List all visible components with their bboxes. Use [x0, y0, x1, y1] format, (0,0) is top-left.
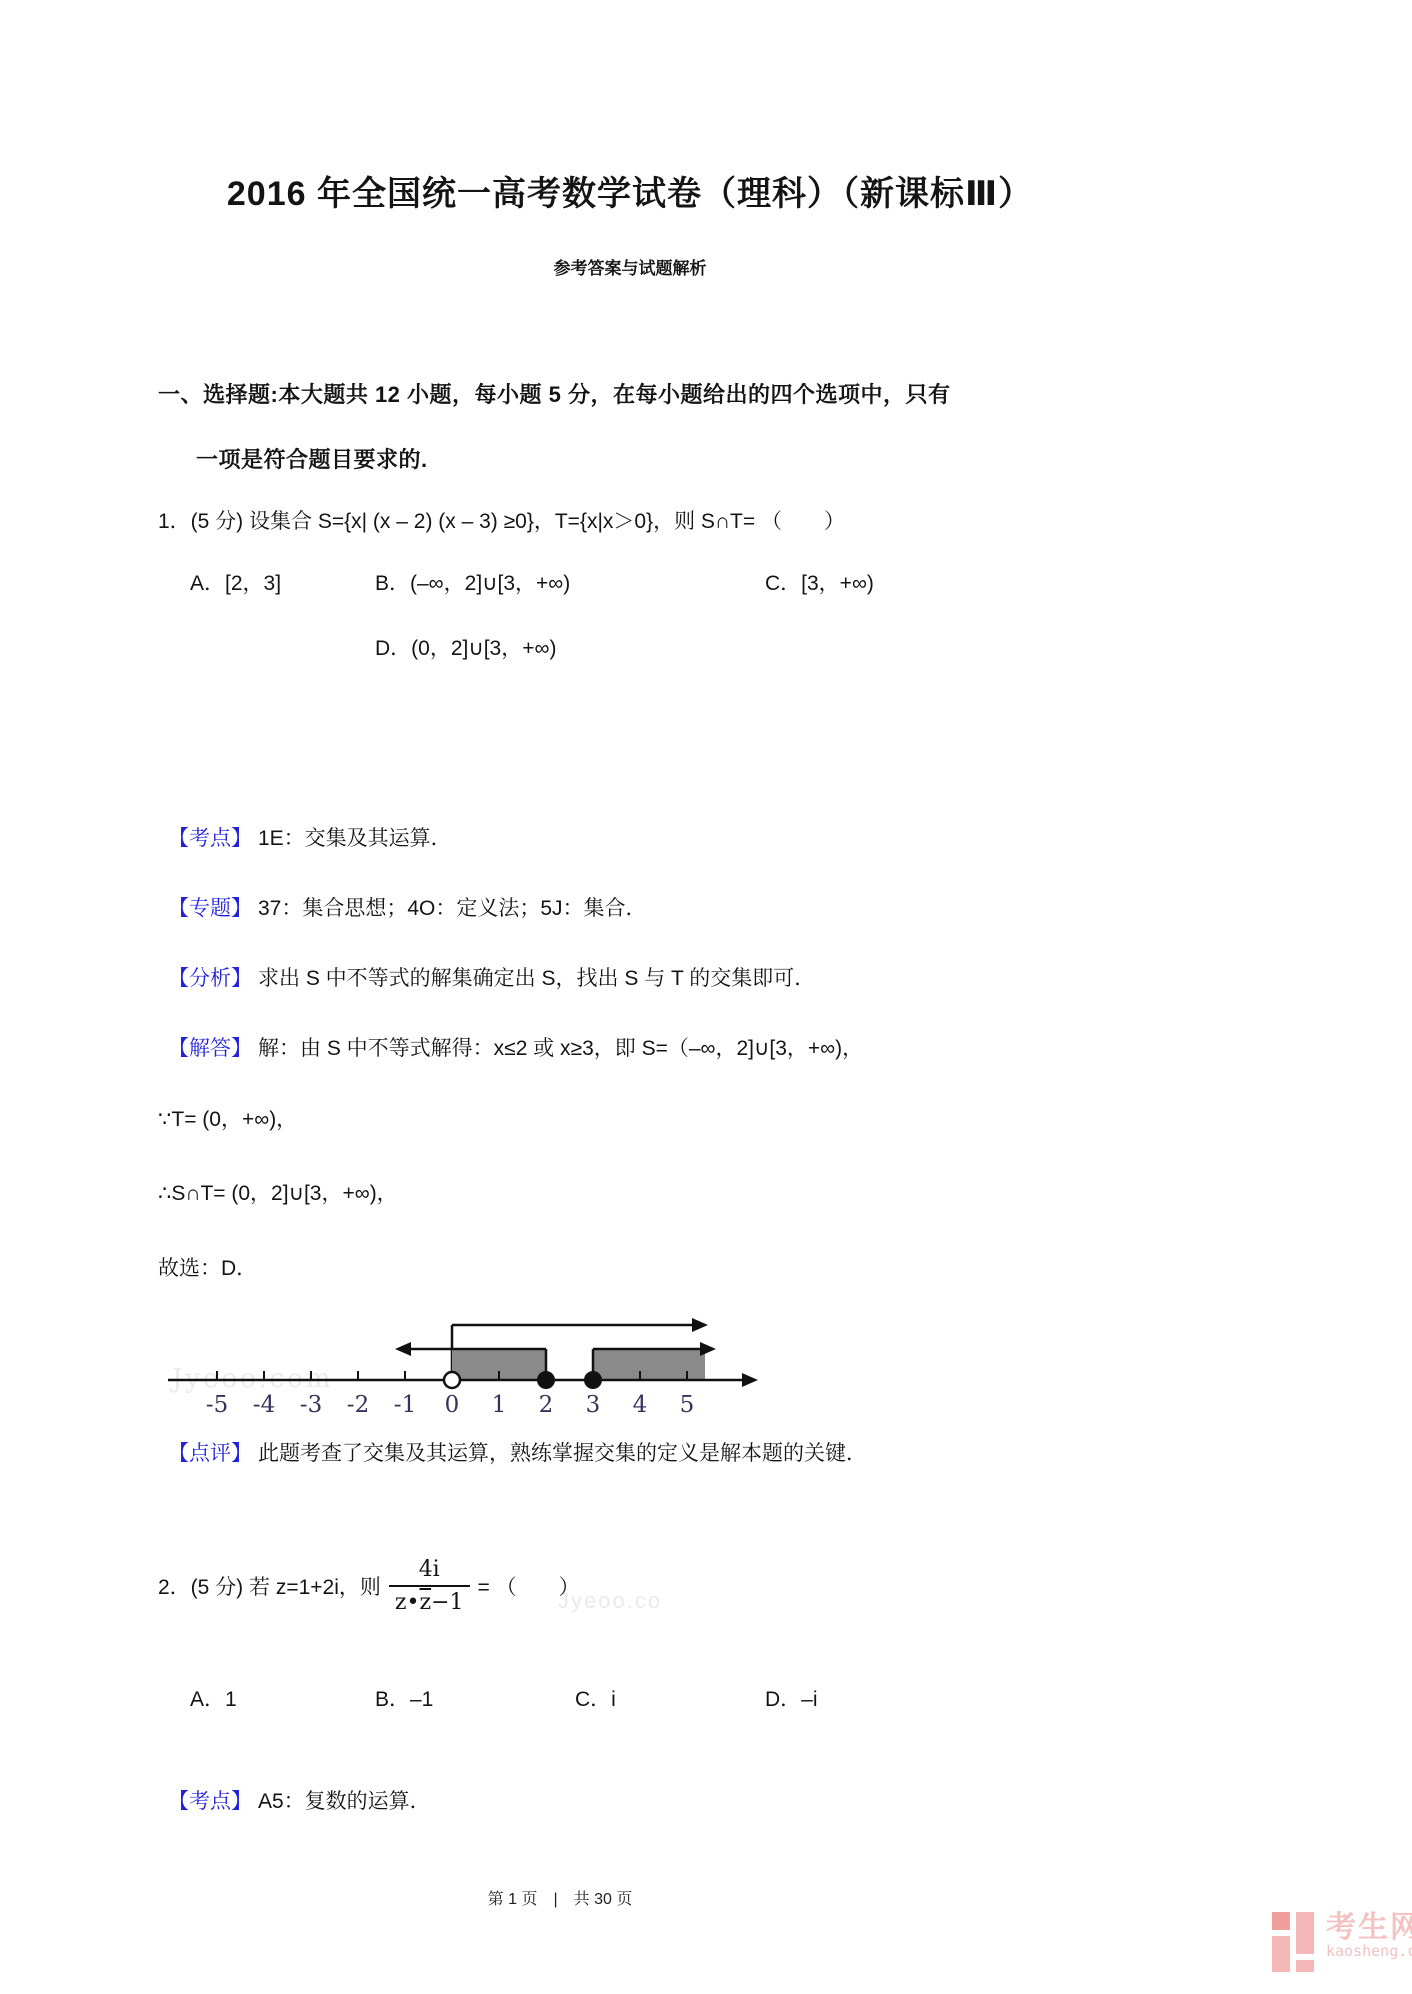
question2-stem: 2．(5 分) 若 z=1+2i，则 4i z•z−1 = （ ）	[158, 1538, 580, 1633]
closed-point-2	[537, 1371, 555, 1389]
question1-step-t: ∵T= (0，+∞)，	[158, 1103, 297, 1133]
question2-option-d: D．–i	[765, 1683, 818, 1713]
question2-option-a: A．1	[190, 1683, 237, 1713]
kaodian-label: 【考点】	[168, 827, 252, 850]
shaded-region-3-inf	[593, 1349, 705, 1380]
question1-zhuanti-line: 【专题】37：集合思想；4O：定义法；5J：集合．	[168, 892, 647, 922]
fenxi-label: 【分析】	[168, 967, 252, 990]
page-subtitle: 参考答案与试题解析	[150, 254, 1110, 279]
question1-step-st: ∴S∩T= (0，2]∪[3，+∞)，	[158, 1177, 398, 1207]
svg-text:0: 0	[445, 1392, 460, 1418]
brand-name: 考生网	[1326, 1912, 1412, 1944]
brand-domain: kaosheng.com	[1326, 1944, 1412, 1960]
question2-stem-suffix: = （ ）	[478, 1571, 580, 1601]
zhuanti-label: 【专题】	[168, 897, 252, 920]
exam-document-page: 2016 年全国统一高考数学试卷（理科）（新课标Ⅲ） 参考答案与试题解析 一、选…	[0, 0, 1412, 1994]
closed-point-3	[584, 1371, 602, 1389]
svg-text:5: 5	[680, 1392, 695, 1418]
t-region-right-arrow-icon	[692, 1318, 708, 1332]
svg-text:-3: -3	[300, 1392, 322, 1418]
jieda-label: 【解答】	[168, 1037, 252, 1060]
footer-total-pages: 共 30 页	[574, 1891, 633, 1908]
question2-stem-prefix: 2．(5 分) 若 z=1+2i，则	[158, 1571, 381, 1601]
question2-fraction: 4i z•z−1	[389, 1557, 470, 1615]
svg-text:-1: -1	[394, 1392, 416, 1418]
question1-option-b: B．(–∞，2]∪[3，+∞)	[375, 567, 570, 597]
s-region-right-arrow-icon	[700, 1342, 716, 1356]
question1-conclusion: 故选：D．	[158, 1252, 257, 1282]
svg-text:4: 4	[633, 1392, 648, 1418]
brand-text: 考生网 kaosheng.com	[1326, 1912, 1412, 1959]
question2-kaodian-line: 【考点】A5：复数的运算．	[168, 1785, 431, 1815]
dianping-label: 【点评】	[168, 1442, 252, 1465]
svg-text:2: 2	[539, 1392, 554, 1418]
kaodian-label-q2: 【考点】	[168, 1790, 252, 1813]
page-footer: 第 1 页|共 30 页	[0, 1886, 1120, 1909]
axis-arrow-icon	[742, 1373, 758, 1387]
z-conjugate: z	[419, 1590, 431, 1615]
fraction-numerator: 4i	[405, 1557, 454, 1585]
open-point-0	[444, 1372, 460, 1388]
question2-option-c: C．i	[575, 1683, 616, 1713]
jieda-text: 解：由 S 中不等式解得：x≤2 或 x≥3，即 S=（–∞，2]∪[3，+∞)…	[258, 1037, 863, 1060]
question1-option-a: A．[2，3]	[190, 567, 281, 597]
section-heading-line2: 一项是符合题目要求的.	[196, 443, 428, 474]
question1-jieda-line: 【解答】解：由 S 中不等式解得：x≤2 或 x≥3，即 S=（–∞，2]∪[3…	[168, 1032, 863, 1062]
question1-dianping-line: 【点评】此题考查了交集及其运算，熟练掌握交集的定义是解本题的关键．	[168, 1437, 867, 1467]
footer-separator: |	[553, 1891, 557, 1908]
question1-stem: 1．(5 分) 设集合 S={x| (x – 2) (x – 3) ≥0}，T=…	[158, 505, 845, 535]
question1-option-d: D．(0，2]∪[3，+∞)	[375, 632, 556, 662]
svg-text:1: 1	[492, 1392, 507, 1418]
number-line-figure: Jyeoo.com	[150, 1285, 790, 1430]
svg-text:-2: -2	[347, 1392, 369, 1418]
kaosheng-logo-icon	[1272, 1912, 1318, 1972]
question1-kaodian-line: 【考点】1E：交集及其运算．	[168, 822, 452, 852]
fenxi-text: 求出 S 中不等式的解集确定出 S，找出 S 与 T 的交集即可．	[258, 967, 815, 990]
dianping-text: 此题考查了交集及其运算，熟练掌握交集的定义是解本题的关键．	[258, 1442, 867, 1465]
footer-page-number: 第 1 页	[488, 1891, 538, 1908]
question1-option-c: C．[3，+∞)	[765, 567, 874, 597]
zhuanti-text: 37：集合思想；4O：定义法；5J：集合．	[258, 897, 647, 920]
section-heading-line1: 一、选择题:本大题共 12 小题，每小题 5 分，在每小题给出的四个选项中，只有	[158, 378, 950, 409]
s-region-left-arrow-icon	[395, 1342, 411, 1356]
kaosheng-brand-logo: 考生网 kaosheng.com	[1272, 1912, 1412, 1972]
tick-labels: -5 -4 -3 -2 -1 0 1 2 3 4 5	[206, 1392, 695, 1418]
fraction-denominator: z•z−1	[389, 1585, 470, 1615]
svg-text:3: 3	[586, 1392, 601, 1418]
page-title: 2016 年全国统一高考数学试卷（理科）（新课标Ⅲ）	[150, 166, 1110, 215]
svg-text:-4: -4	[253, 1392, 275, 1418]
kaodian-text: 1E：交集及其运算．	[258, 827, 452, 850]
svg-text:-5: -5	[206, 1392, 228, 1418]
question1-fenxi-line: 【分析】求出 S 中不等式的解集确定出 S，找出 S 与 T 的交集即可．	[168, 962, 815, 992]
question2-option-b: B．–1	[375, 1683, 433, 1713]
kaodian-text-q2: A5：复数的运算．	[258, 1790, 431, 1813]
